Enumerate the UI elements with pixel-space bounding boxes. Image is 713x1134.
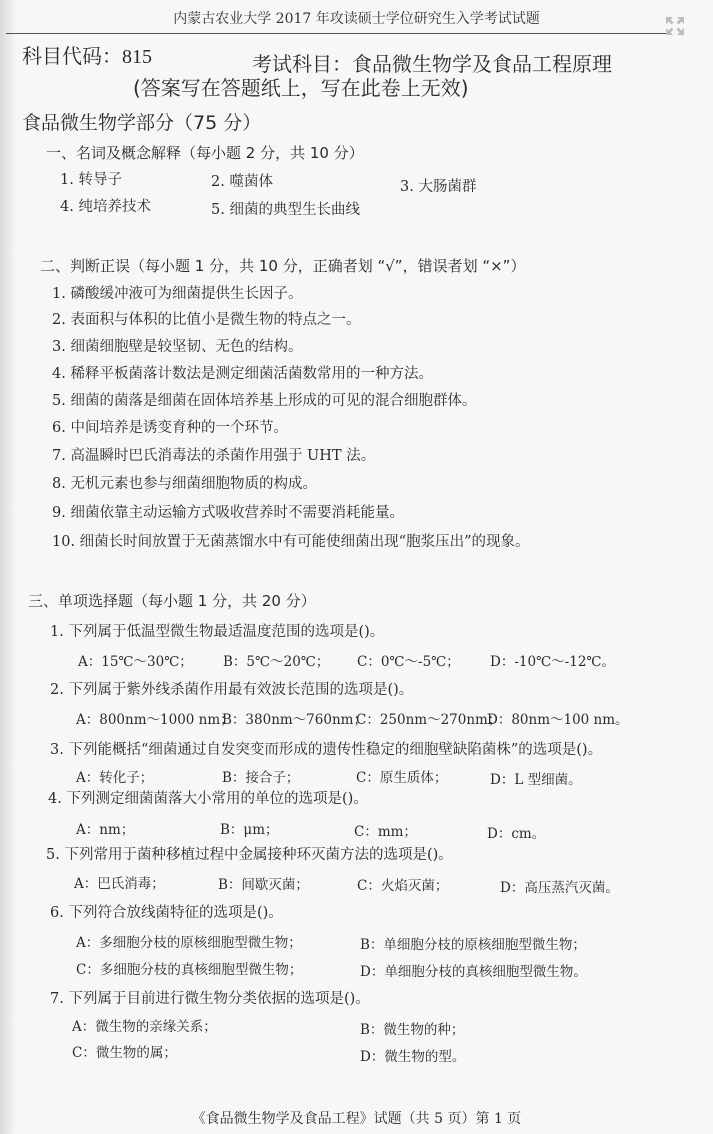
option: A：巴氏消毒； xyxy=(74,872,165,892)
option: D：单细胞分枝的真核细胞型微生物。 xyxy=(360,960,587,980)
option: D：cm。 xyxy=(487,822,545,842)
section2-item: 6. 中间培养是诱变育种的一个环节。 xyxy=(52,416,288,437)
option: C：0℃～-5℃； xyxy=(357,650,460,670)
section2-item: 8. 无机元素也参与细菌细胞物质的构成。 xyxy=(52,472,317,493)
option: D：微生物的型。 xyxy=(360,1045,465,1065)
section2-item: 9. 细菌依靠主动运输方式吸收营养时不需要消耗能量。 xyxy=(52,501,404,522)
option: B：μm； xyxy=(220,818,279,838)
section1-item: 2. 噬菌体 xyxy=(211,170,273,191)
option: C：原生质体； xyxy=(356,766,447,786)
option: B：微生物的种； xyxy=(360,1018,464,1038)
section2-item: 4. 稀释平板菌落计数法是测定细菌活菌数常用的一种方法。 xyxy=(52,362,433,383)
option: D：-10℃～-12℃。 xyxy=(490,650,615,670)
section1-item: 3. 大肠菌群 xyxy=(400,175,476,196)
question: 3. 下列能概括“细菌通过自发突变而形成的遗传性稳定的细胞壁缺陷菌株”的选项是(… xyxy=(50,738,602,759)
expand-icon[interactable] xyxy=(665,16,685,36)
section1-item: 1. 转导子 xyxy=(60,168,122,189)
section1-item: 4. 纯培养技术 xyxy=(60,195,151,216)
answer-notice: (答案写在答题纸上，写在此卷上无效) xyxy=(133,72,469,101)
subject-code-label: 科目代码： xyxy=(22,44,122,68)
exam-header-title: 内蒙古农业大学 2017 年攻读硕士学位研究生入学考试试题 xyxy=(0,8,713,28)
scan-edge-shadow xyxy=(0,0,14,1134)
option: B：5℃～20℃； xyxy=(223,650,329,670)
section2-item: 2. 表面积与体积的比值小是微生物的特点之一。 xyxy=(52,308,360,329)
question: 1. 下列属于低温型微生物最适温度范围的选项是()。 xyxy=(50,620,384,641)
section3-heading: 三、单项选择题（每小题 1 分，共 20 分） xyxy=(28,590,316,611)
option: A：多细胞分枝的原核细胞型微生物； xyxy=(76,931,302,951)
section2-item: 7. 高温瞬时巴氏消毒法的杀菌作用强于 UHT 法。 xyxy=(52,444,375,465)
subject-code: 科目代码：815 xyxy=(22,40,152,69)
option: A：15℃～30℃； xyxy=(78,650,193,670)
option: A：转化子； xyxy=(76,766,153,786)
option: A：nm； xyxy=(76,818,134,838)
part-title: 食品微生物学部分（75 分） xyxy=(22,108,261,135)
option: B：间歇灭菌； xyxy=(218,873,309,893)
section2-item: 10. 细菌长时间放置于无菌蒸馏水中有可能使细菌出现“胞浆压出”的现象。 xyxy=(52,530,530,551)
option: D：高压蒸汽灭菌。 xyxy=(500,876,619,896)
option: C：微生物的属； xyxy=(72,1041,177,1061)
question: 2. 下列属于紫外线杀菌作用最有效波长范围的选项是()。 xyxy=(50,678,413,699)
question: 5. 下列常用于菌种移植过程中金属接种环灭菌方法的选项是()。 xyxy=(46,843,453,864)
question: 6. 下列符合放线菌特征的选项是()。 xyxy=(50,901,283,922)
question: 7. 下列属于目前进行微生物分类依据的选项是()。 xyxy=(50,987,370,1008)
option: A：800nm～1000 nm； xyxy=(76,708,234,728)
option: C：多细胞分枝的真核细胞型微生物； xyxy=(76,958,302,978)
option: B：380nm～760nm； xyxy=(222,708,367,728)
header-divider xyxy=(6,33,666,34)
option: A：微生物的亲缘关系； xyxy=(72,1015,217,1035)
section2-item: 5. 细菌的菌落是细菌在固体培养基上形成的可见的混合细胞群体。 xyxy=(52,389,476,410)
page-footer: 《食品微生物学及食品工程》试题（共 5 页）第 1 页 xyxy=(0,1108,713,1128)
option: C：火焰灭菌； xyxy=(357,874,448,894)
section2-heading: 二、判断正误（每小题 1 分，共 10 分，正确者划 “√”，错误者划 “×”） xyxy=(40,255,525,276)
subject-code-value: 815 xyxy=(122,46,152,68)
section2-item: 1. 磷酸缓冲液可为细菌提供生长因子。 xyxy=(52,282,302,303)
option: D：L 型细菌。 xyxy=(490,768,582,788)
section1-item: 5. 细菌的典型生长曲线 xyxy=(211,198,360,219)
option: D：80nm～100 nm。 xyxy=(487,708,629,728)
section1-heading: 一、名词及概念解释（每小题 2 分，共 10 分） xyxy=(46,142,364,163)
option: B：接合子； xyxy=(222,766,299,786)
question: 4. 下列测定细菌菌落大小常用的单位的选项是()。 xyxy=(48,787,368,808)
option: C：250nm～270nm； xyxy=(356,708,501,728)
option: C：mm； xyxy=(354,820,417,840)
section2-item: 3. 细菌细胞壁是较坚韧、无色的结构。 xyxy=(52,335,302,356)
option: B：单细胞分枝的原核细胞型微生物； xyxy=(360,933,586,953)
